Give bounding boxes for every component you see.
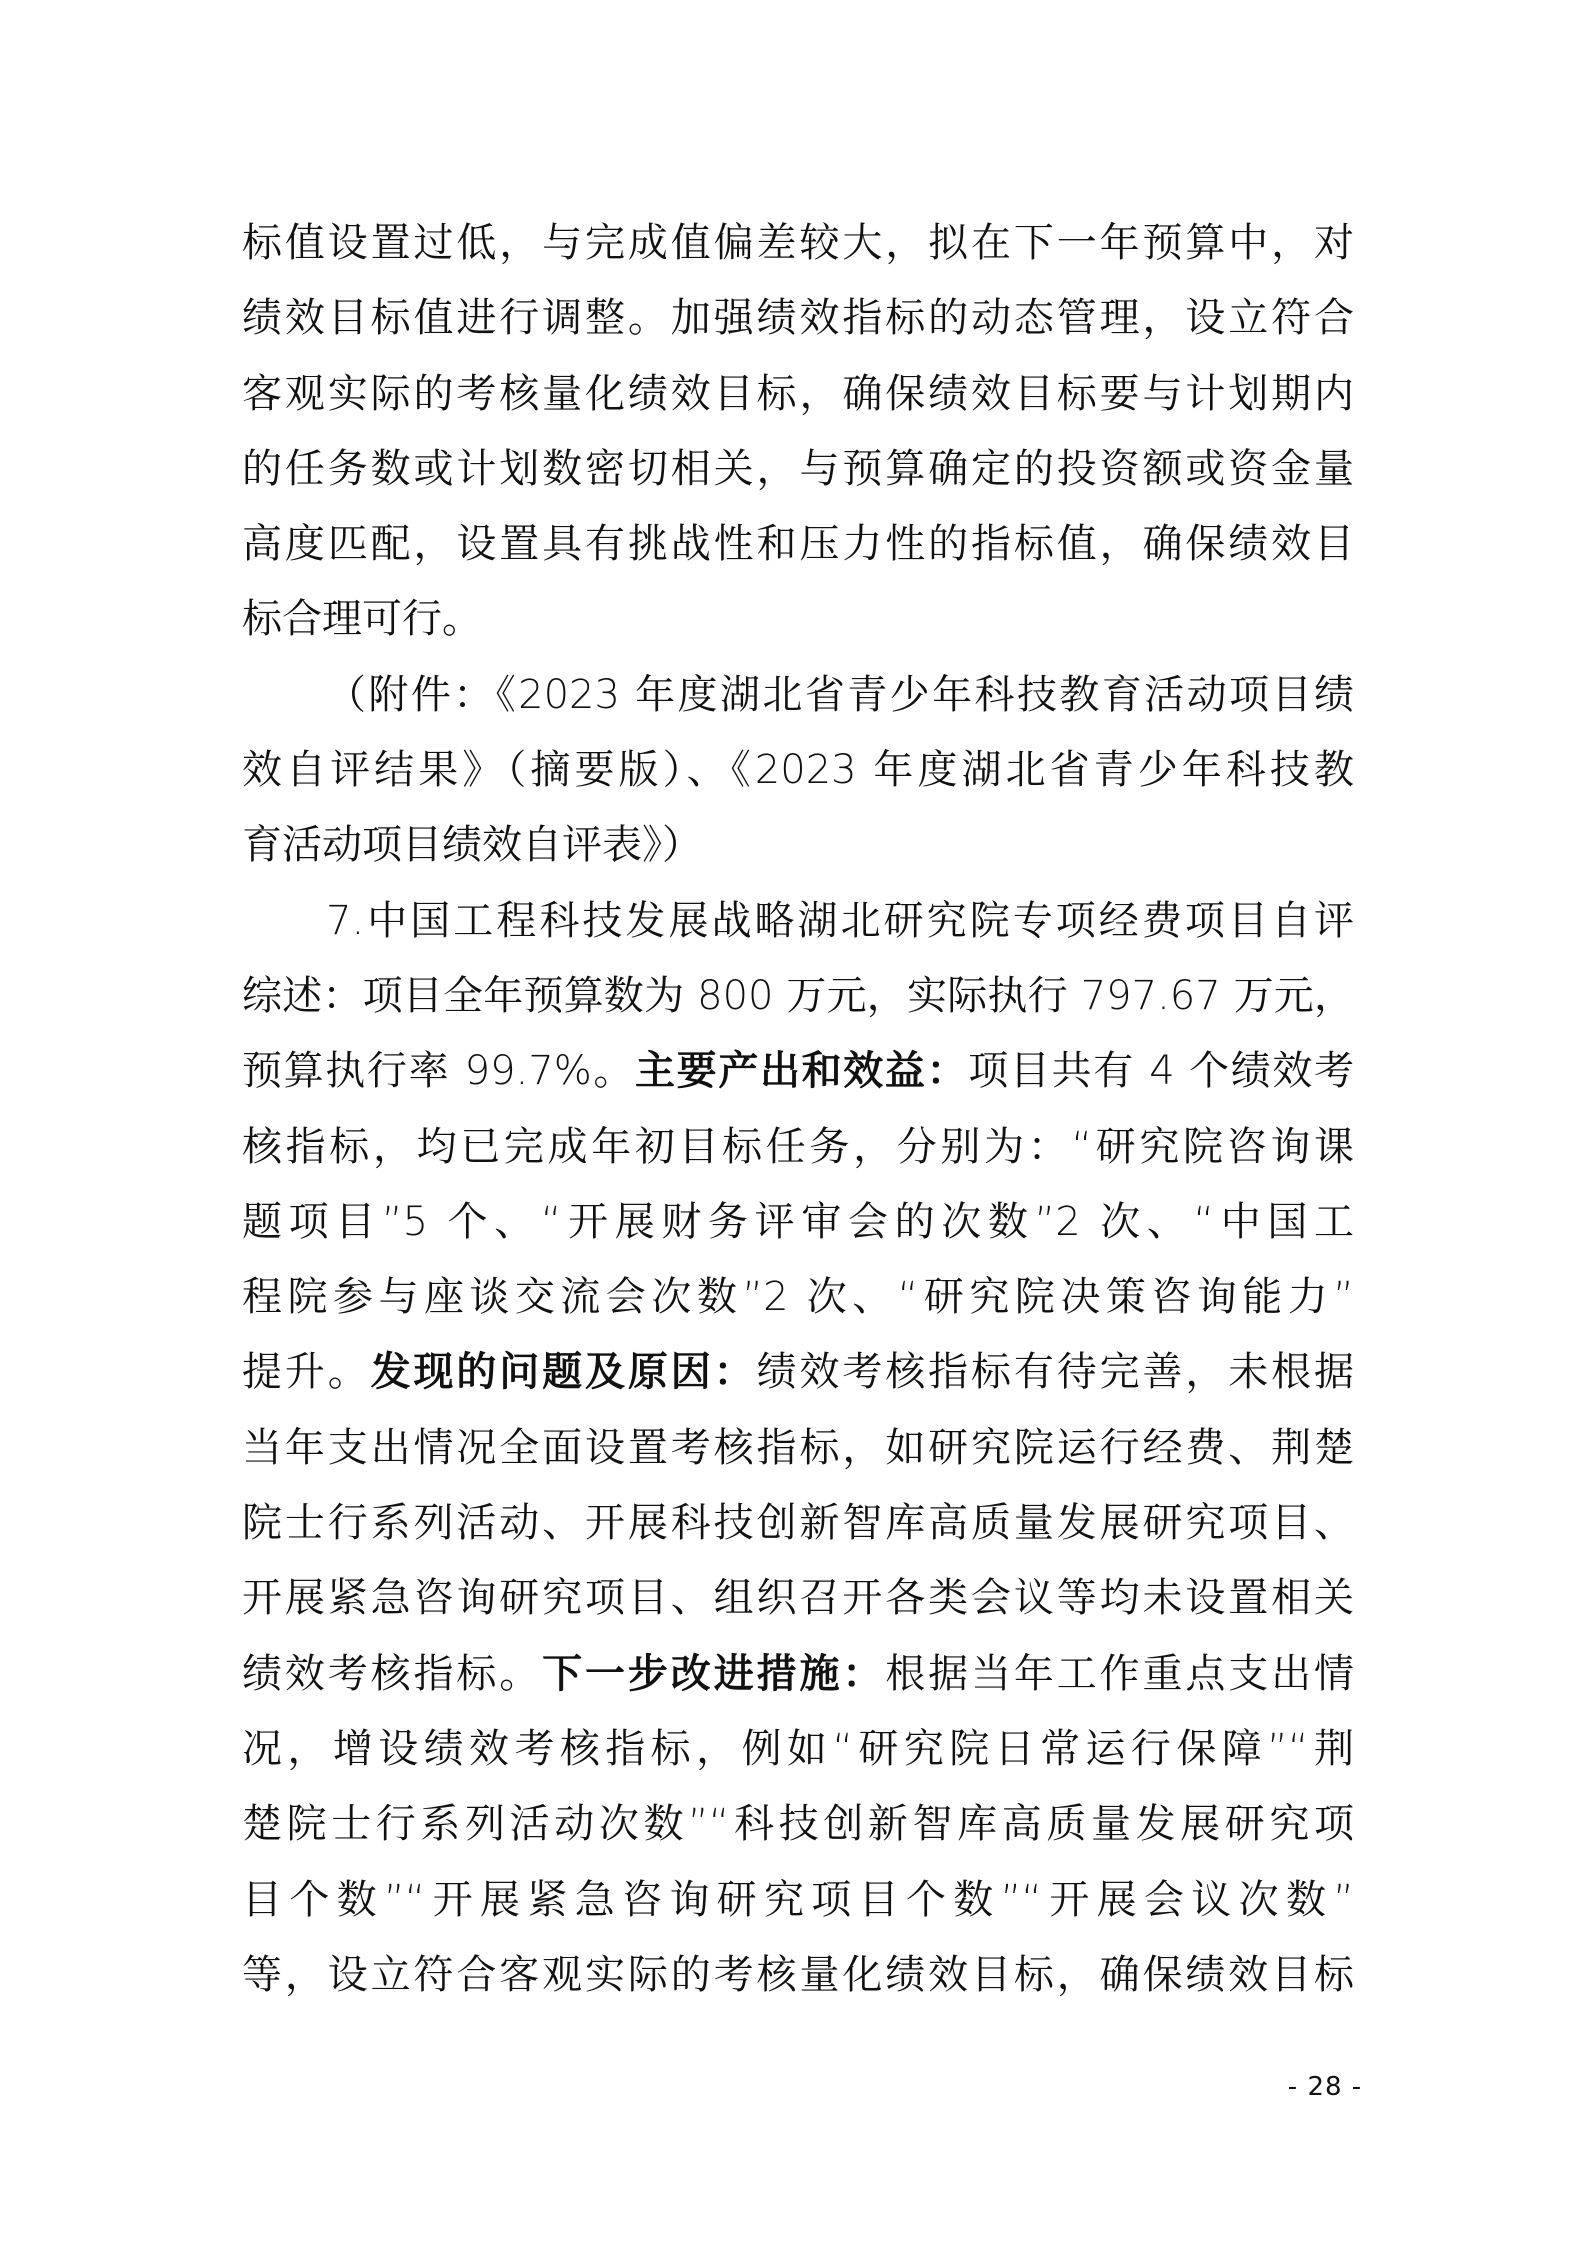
text-segment: 客观实际的考核量化绩效目标，确保绩效目标要与计划期内 (242, 371, 1354, 417)
text-segment: 的任务数或计划数密切相关，与预算确定的投资额或资金量 (242, 446, 1354, 492)
text-line: 绩效目标值进行调整。加强绩效指标的动态管理，设立符合 (242, 281, 1354, 356)
text-segment: 效自评结果》（摘要版）、《2023 年度湖北省青少年科技教 (242, 747, 1354, 793)
text-line: 高度匹配，设置具有挑战性和压力性的指标值，确保绩效目 (242, 507, 1354, 582)
bold-heading-segment: 下一步改进措施： (542, 1651, 885, 1697)
text-line: 预算执行率 99.7%。主要产出和效益：项目共有 4 个绩效考 (242, 1034, 1354, 1109)
text-segment: 程院参与座谈交流会次数”2 次、“研究院决策咨询能力” (242, 1274, 1354, 1320)
text-line: 题项目”5 个、“开展财务评审会的次数”2 次、“中国工 (242, 1185, 1354, 1260)
text-line: 效自评结果》（摘要版）、《2023 年度湖北省青少年科技教 (242, 733, 1354, 808)
text-segment: 当年支出情况全面设置考核指标，如研究院运行经费、荆楚 (242, 1425, 1354, 1471)
text-line: 院士行系列活动、开展科技创新智库高质量发展研究项目、 (242, 1486, 1354, 1561)
text-line: 绩效考核指标。下一步改进措施：根据当年工作重点支出情 (242, 1637, 1354, 1712)
text-line: 育活动项目绩效自评表》） (242, 808, 1354, 883)
text-segment: 绩效考核指标有待完善，未根据 (757, 1349, 1354, 1395)
text-segment: 标值设置过低，与完成值偏差较大，拟在下一年预算中，对 (242, 220, 1354, 266)
text-line: 标合理可行。 (242, 582, 1354, 657)
text-line: 况，增设绩效考核指标，例如“研究院日常运行保障”“荆 (242, 1712, 1354, 1787)
text-line: 综述：项目全年预算数为 800 万元，实际执行 797.67 万元， (242, 959, 1354, 1034)
text-segment: 况，增设绩效考核指标，例如“研究院日常运行保障”“荆 (242, 1726, 1354, 1772)
text-segment: 标合理可行。 (242, 596, 482, 642)
text-segment: 综述：项目全年预算数为 800 万元，实际执行 797.67 万元， (242, 973, 1354, 1019)
page-number: - 28 - (1270, 2072, 1380, 2102)
document-page: 标值设置过低，与完成值偏差较大，拟在下一年预算中，对绩效目标值进行调整。加强绩效… (0, 0, 1587, 2245)
text-segment: 楚院士行系列活动次数”“科技创新智库高质量发展研究项 (242, 1801, 1354, 1847)
bold-heading-segment: 主要产出和效益： (635, 1048, 968, 1094)
text-segment: 7.中国工程科技发展战略湖北研究院专项经费项目自评 (326, 898, 1354, 944)
text-line: 标值设置过低，与完成值偏差较大，拟在下一年预算中，对 (242, 206, 1354, 281)
text-segment: （附件：《2023 年度湖北省青少年科技教育活动项目绩 (326, 672, 1354, 718)
text-line: 客观实际的考核量化绩效目标，确保绩效目标要与计划期内 (242, 357, 1354, 432)
bold-heading-segment: 发现的问题及原因： (371, 1349, 757, 1395)
text-line: 当年支出情况全面设置考核指标，如研究院运行经费、荆楚 (242, 1411, 1354, 1486)
text-segment: 根据当年工作重点支出情 (885, 1651, 1354, 1697)
text-segment: 开展紧急咨询研究项目、组织召开各类会议等均未设置相关 (242, 1575, 1354, 1621)
text-line: 提升。发现的问题及原因：绩效考核指标有待完善，未根据 (242, 1335, 1354, 1410)
text-line: 程院参与座谈交流会次数”2 次、“研究院决策咨询能力” (242, 1260, 1354, 1335)
text-segment: 预算执行率 99.7%。 (242, 1048, 635, 1094)
text-segment: 题项目”5 个、“开展财务评审会的次数”2 次、“中国工 (242, 1199, 1354, 1245)
body-text: 标值设置过低，与完成值偏差较大，拟在下一年预算中，对绩效目标值进行调整。加强绩效… (242, 206, 1354, 2013)
text-segment: 核指标，均已完成年初目标任务，分别为：“研究院咨询课 (242, 1124, 1354, 1170)
text-line: 核指标，均已完成年初目标任务，分别为：“研究院咨询课 (242, 1110, 1354, 1185)
text-line: 等，设立符合客观实际的考核量化绩效目标，确保绩效目标 (242, 1938, 1354, 2013)
text-segment: 绩效目标值进行调整。加强绩效指标的动态管理，设立符合 (242, 295, 1354, 341)
text-segment: 绩效考核指标。 (242, 1651, 542, 1697)
text-line: 的任务数或计划数密切相关，与预算确定的投资额或资金量 (242, 432, 1354, 507)
text-line: 目个数”“开展紧急咨询研究项目个数”“开展会议次数” (242, 1863, 1354, 1938)
text-segment: 等，设立符合客观实际的考核量化绩效目标，确保绩效目标 (242, 1952, 1354, 1998)
text-segment: 院士行系列活动、开展科技创新智库高质量发展研究项目、 (242, 1500, 1354, 1546)
text-segment: 提升。 (242, 1349, 371, 1395)
text-line: 开展紧急咨询研究项目、组织召开各类会议等均未设置相关 (242, 1561, 1354, 1636)
text-line: 楚院士行系列活动次数”“科技创新智库高质量发展研究项 (242, 1787, 1354, 1862)
text-segment: 育活动项目绩效自评表》） (242, 822, 702, 868)
text-segment: 高度匹配，设置具有挑战性和压力性的指标值，确保绩效目 (242, 521, 1354, 567)
text-line: 7.中国工程科技发展战略湖北研究院专项经费项目自评 (242, 884, 1354, 959)
text-segment: 目个数”“开展紧急咨询研究项目个数”“开展会议次数” (242, 1877, 1354, 1923)
text-line: （附件：《2023 年度湖北省青少年科技教育活动项目绩 (242, 658, 1354, 733)
text-segment: 项目共有 4 个绩效考 (968, 1048, 1354, 1094)
